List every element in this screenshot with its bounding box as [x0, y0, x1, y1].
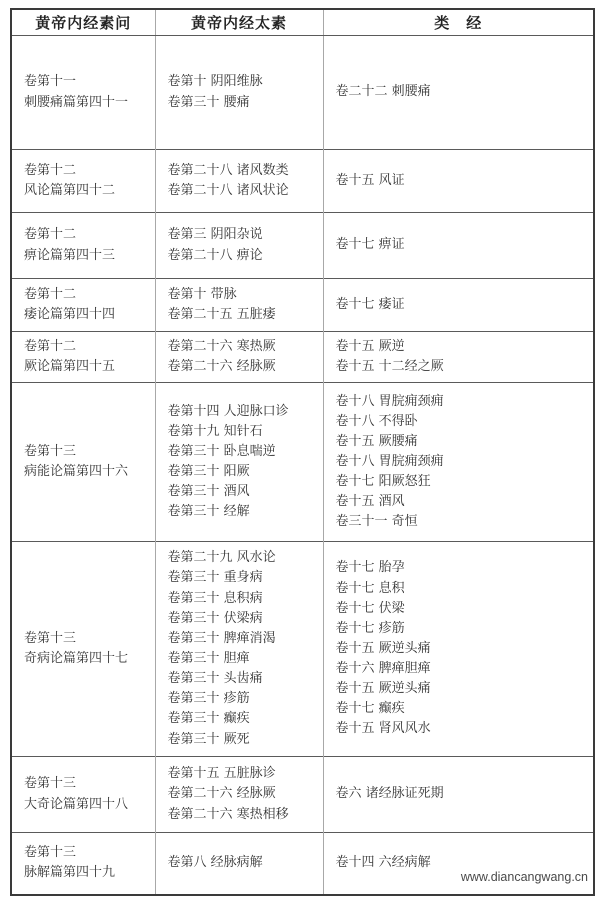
table-row: 卷第十二 痹论篇第四十三 卷第三 阴阳杂说 卷第二十八 痹论 卷十七 痹证	[11, 213, 594, 279]
table-row: 卷第十三 病能论篇第四十六 卷第十四 人迎脉口诊 卷第十九 知针石 卷第三十 卧…	[11, 383, 594, 542]
cell-suwen: 卷第十三 大奇论篇第四十八	[11, 757, 155, 833]
cell-suwen: 卷第十三 奇病论篇第四十七	[11, 542, 155, 757]
cell-suwen: 卷第十二 痿论篇第四十四	[11, 279, 155, 332]
cell-leijing: 卷二十二 刺腰痛	[323, 36, 594, 150]
table-row: 卷第十二 痿论篇第四十四 卷第十 带脉 卷第二十五 五脏痿 卷十七 痿证	[11, 279, 594, 332]
cell-taisu: 卷第三 阴阳杂说 卷第二十八 痹论	[155, 213, 323, 279]
cell-taisu: 卷第八 经脉病解	[155, 833, 323, 895]
cell-taisu: 卷第十 带脉 卷第二十五 五脏痿	[155, 279, 323, 332]
header-suwen: 黄帝内经素问	[11, 9, 155, 36]
cell-leijing: 卷十五 厥逆 卷十五 十二经之厥	[323, 332, 594, 383]
cell-taisu: 卷第十四 人迎脉口诊 卷第十九 知针石 卷第三十 卧息喘逆 卷第三十 阳厥 卷第…	[155, 383, 323, 542]
table-row: 卷第十一 刺腰痛篇第四十一 卷第十 阴阳维脉 卷第三十 腰痛 卷二十二 刺腰痛	[11, 36, 594, 150]
cell-taisu: 卷第二十八 诸风数类 卷第二十八 诸风状论	[155, 150, 323, 213]
cell-leijing: 卷十七 痿证	[323, 279, 594, 332]
table-row: 卷第十三 大奇论篇第四十八 卷第十五 五脏脉诊 卷第二十六 经脉厥 卷第二十六 …	[11, 757, 594, 833]
cell-taisu: 卷第二十六 寒热厥 卷第二十六 经脉厥	[155, 332, 323, 383]
cell-leijing: 卷十四 六经病解	[323, 833, 594, 895]
table-row: 卷第十二 风论篇第四十二 卷第二十八 诸风数类 卷第二十八 诸风状论 卷十五 风…	[11, 150, 594, 213]
cell-taisu: 卷第二十九 风水论 卷第三十 重身病 卷第三十 息积病 卷第三十 伏梁病 卷第三…	[155, 542, 323, 757]
cell-leijing: 卷十七 胎孕 卷十七 息积 卷十七 伏梁 卷十七 疹筋 卷十五 厥逆头痛 卷十六…	[323, 542, 594, 757]
cell-leijing: 卷六 诸经脉证死期	[323, 757, 594, 833]
header-taisu: 黄帝内经太素	[155, 9, 323, 36]
table-row: 卷第十二 厥论篇第四十五 卷第二十六 寒热厥 卷第二十六 经脉厥 卷十五 厥逆 …	[11, 332, 594, 383]
cell-suwen: 卷第十二 痹论篇第四十三	[11, 213, 155, 279]
cell-leijing: 卷十八 胃脘痈颈痈 卷十八 不得卧 卷十五 厥腰痛 卷十八 胃脘痈颈痈 卷十七 …	[323, 383, 594, 542]
cell-taisu: 卷第十 阴阳维脉 卷第三十 腰痛	[155, 36, 323, 150]
cell-suwen: 卷第十三 脉解篇第四十九	[11, 833, 155, 895]
watermark-url: www.diancangwang.cn	[461, 870, 588, 884]
header-row: 黄帝内经素问 黄帝内经太素 类 经	[11, 9, 594, 36]
cell-suwen: 卷第十一 刺腰痛篇第四十一	[11, 36, 155, 150]
cell-leijing: 卷十七 痹证	[323, 213, 594, 279]
cell-suwen: 卷第十二 风论篇第四十二	[11, 150, 155, 213]
cell-taisu: 卷第十五 五脏脉诊 卷第二十六 经脉厥 卷第二十六 寒热相移	[155, 757, 323, 833]
table-row: 卷第十三 脉解篇第四十九 卷第八 经脉病解 卷十四 六经病解	[11, 833, 594, 895]
cell-suwen: 卷第十三 病能论篇第四十六	[11, 383, 155, 542]
header-leijing: 类 经	[323, 9, 594, 36]
table-row: 卷第十三 奇病论篇第四十七 卷第二十九 风水论 卷第三十 重身病 卷第三十 息积…	[11, 542, 594, 757]
cell-leijing: 卷十五 风证	[323, 150, 594, 213]
scanned-document-page: 黄帝内经素问 黄帝内经太素 类 经 卷第十一 刺腰痛篇第四十一 卷第十 阴阳维脉…	[0, 0, 602, 897]
classic-texts-comparison-table: 黄帝内经素问 黄帝内经太素 类 经 卷第十一 刺腰痛篇第四十一 卷第十 阴阳维脉…	[10, 8, 595, 896]
cell-suwen: 卷第十二 厥论篇第四十五	[11, 332, 155, 383]
